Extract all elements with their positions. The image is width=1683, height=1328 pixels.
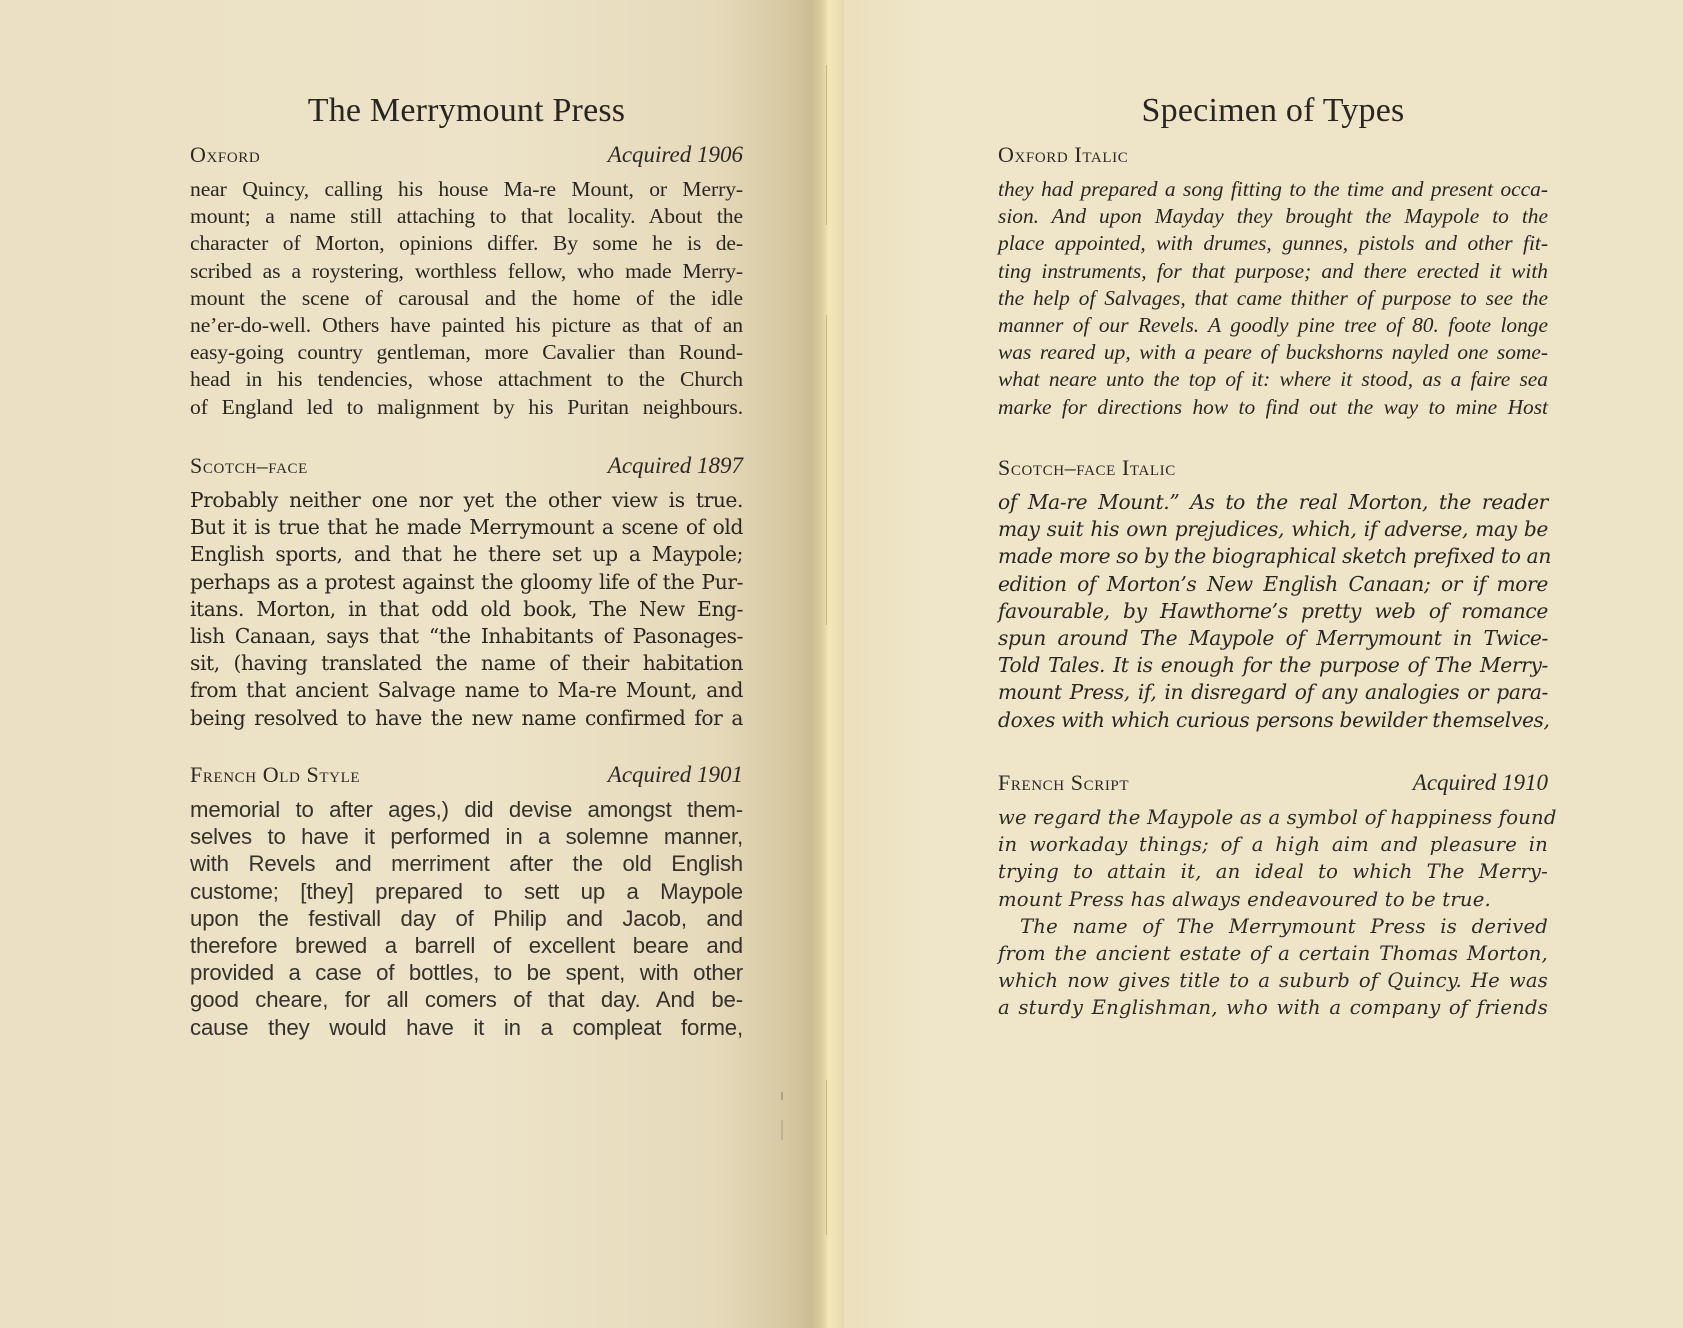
section-header: Oxford Acquired 1906 xyxy=(190,142,743,176)
text-line: selves to have it performed in a solemne… xyxy=(190,823,743,850)
text-line: marke for directions how to find out the… xyxy=(998,394,1548,421)
section-header: French Old Style Acquired 1901 xyxy=(190,762,743,796)
text-line: was reared up, with a peare of buckshorn… xyxy=(998,339,1548,366)
right-page: Specimen of Types Oxford Italic they had… xyxy=(844,0,1683,1328)
text-line: mount; a name still attaching to that lo… xyxy=(190,203,743,230)
text-line: of Ma-re Mount.” As to the real Morton, … xyxy=(998,489,1548,516)
text-line: cause they would have it in a compleat f… xyxy=(190,1014,743,1041)
text-line: ne’er-do-well. Others have painted his p… xyxy=(190,312,743,339)
text-line: the help of Salvages, that came thither … xyxy=(998,285,1548,312)
text-line: custome; [they] prepared to sett up a Ma… xyxy=(190,878,743,905)
text-line: a sturdy Englishman, who with a company … xyxy=(998,994,1548,1021)
text-line: may suit his own prejudices, which, if a… xyxy=(998,516,1548,543)
specimen-french-old-style: French Old Style Acquired 1901 memorial … xyxy=(190,762,743,1041)
binding-thread xyxy=(826,315,827,625)
text-line: scribed as a roystering, worthless fello… xyxy=(190,258,743,285)
text-line: trying to attain it, an ideal to which T… xyxy=(998,858,1548,885)
type-name: Scotch–face Italic xyxy=(998,455,1176,481)
text-line: mount Press, if, in disregard of any ana… xyxy=(998,679,1548,706)
section-header: Scotch–face Acquired 1897 xyxy=(190,453,743,487)
text-line: good cheare, for all comers of that day.… xyxy=(190,986,743,1013)
text-line: made more so by the biographical sketch … xyxy=(998,543,1548,570)
book-gutter xyxy=(810,0,844,1328)
specimen-scotch-face: Scotch–face Acquired 1897 Probably neith… xyxy=(190,453,743,732)
text-line: upon the festivall day of Philip and Jac… xyxy=(190,905,743,932)
book-spread: The Merrymount Press Oxford Acquired 190… xyxy=(0,0,1683,1328)
binding-thread xyxy=(826,65,827,225)
acquired-date: Acquired 1901 xyxy=(608,762,743,788)
acquired-date: Acquired 1897 xyxy=(608,453,743,479)
text-line: Told Tales. It is enough for the purpose… xyxy=(998,652,1548,679)
paper-mark xyxy=(781,1092,783,1100)
text-line: But it is true that he made Merrymount a… xyxy=(190,514,743,541)
text-line: itans. Morton, in that odd old book, The… xyxy=(190,596,743,623)
type-name: Scotch–face xyxy=(190,453,308,479)
text-line: which now gives title to a suburb of Qui… xyxy=(998,967,1548,994)
text-line: from the ancient estate of a certain Tho… xyxy=(998,940,1548,967)
text-line: they had prepared a song fitting to the … xyxy=(998,176,1548,203)
text-line: edition of Morton’s New English Canaan; … xyxy=(998,571,1548,598)
text-line: place appointed, with drumes, gunnes, pi… xyxy=(998,230,1548,257)
type-name: French Script xyxy=(998,770,1129,796)
left-text-block: The Merrymount Press Oxford Acquired 190… xyxy=(190,0,743,1328)
text-line: therefore brewed a barrell of excellent … xyxy=(190,932,743,959)
text-line: manner of our Revels. A goodly pine tree… xyxy=(998,312,1548,339)
type-name: Oxford Italic xyxy=(998,142,1128,168)
text-line: near Quincy, calling his house Ma-re Mou… xyxy=(190,176,743,203)
specimen-text: they had prepared a song fitting to the … xyxy=(998,176,1548,421)
text-line: character of Morton, opinions differ. By… xyxy=(190,230,743,257)
text-line: favourable, by Hawthorne’s pretty web of… xyxy=(998,598,1548,625)
specimen-french-script: French Script Acquired 1910 we regard th… xyxy=(998,770,1548,1022)
specimen-oxford: Oxford Acquired 1906 near Quincy, callin… xyxy=(190,142,743,421)
text-line: easy-going country gentleman, more Caval… xyxy=(190,339,743,366)
specimen-text: memorial to after ages,) did devise amon… xyxy=(190,796,743,1041)
acquired-date: Acquired 1906 xyxy=(608,142,743,168)
text-line: English sports, and that he there set up… xyxy=(190,541,743,568)
text-line: sion. And upon Mayday they brought the M… xyxy=(998,203,1548,230)
binding-thread xyxy=(826,1080,827,1235)
text-line: provided a case of bottles, to be spent,… xyxy=(190,959,743,986)
text-line: being resolved to have the new name conf… xyxy=(190,705,743,732)
text-line: head in his tendencies, whose attachment… xyxy=(190,366,743,393)
specimen-text: Probably neither one nor yet the other v… xyxy=(190,487,743,732)
text-line: spun around The Maypole of Merrymount in… xyxy=(998,625,1548,652)
text-line: mount the scene of carousal and the home… xyxy=(190,285,743,312)
paper-mark xyxy=(781,1120,783,1140)
type-name: French Old Style xyxy=(190,762,360,788)
text-line: perhaps as a protest against the gloomy … xyxy=(190,569,743,596)
text-line: from that ancient Salvage name to Ma-re … xyxy=(190,677,743,704)
text-line: Probably neither one nor yet the other v… xyxy=(190,487,743,514)
section-header: French Script Acquired 1910 xyxy=(998,770,1548,804)
section-header: Oxford Italic xyxy=(998,142,1548,176)
specimen-text: of Ma-re Mount.” As to the real Morton, … xyxy=(998,489,1548,734)
section-header: Scotch–face Italic xyxy=(998,455,1548,489)
right-text-block: Specimen of Types Oxford Italic they had… xyxy=(998,0,1548,1328)
text-line: mount Press has always endeavoured to be… xyxy=(998,886,1548,913)
text-line: what neare unto the top of it: where it … xyxy=(998,366,1548,393)
text-line: The name of The Merrymount Press is deri… xyxy=(998,913,1548,940)
text-line: in workaday things; of a high aim and pl… xyxy=(998,831,1548,858)
specimen-oxford-italic: Oxford Italic they had prepared a song f… xyxy=(998,142,1548,421)
text-line: of England led to malignment by his Puri… xyxy=(190,394,743,421)
text-line: lish Canaan, says that “the Inhabitants … xyxy=(190,623,743,650)
text-line: sit, (having translated the name of thei… xyxy=(190,650,743,677)
running-head-right: Specimen of Types xyxy=(998,92,1548,130)
text-line: we regard the Maypole as a symbol of hap… xyxy=(998,804,1548,831)
specimen-text: we regard the Maypole as a symbol of hap… xyxy=(998,804,1548,1022)
left-page: The Merrymount Press Oxford Acquired 190… xyxy=(0,0,810,1328)
specimen-scotch-face-italic: Scotch–face Italic of Ma-re Mount.” As t… xyxy=(998,455,1548,734)
type-name: Oxford xyxy=(190,142,260,168)
running-head-left: The Merrymount Press xyxy=(190,92,743,130)
specimen-text: near Quincy, calling his house Ma-re Mou… xyxy=(190,176,743,421)
text-line: with Revels and merriment after the old … xyxy=(190,850,743,877)
text-line: doxes with which curious persons bewilde… xyxy=(998,707,1548,734)
text-line: memorial to after ages,) did devise amon… xyxy=(190,796,743,823)
acquired-date: Acquired 1910 xyxy=(1413,770,1548,796)
text-line: ting instruments, for that purpose; and … xyxy=(998,258,1548,285)
